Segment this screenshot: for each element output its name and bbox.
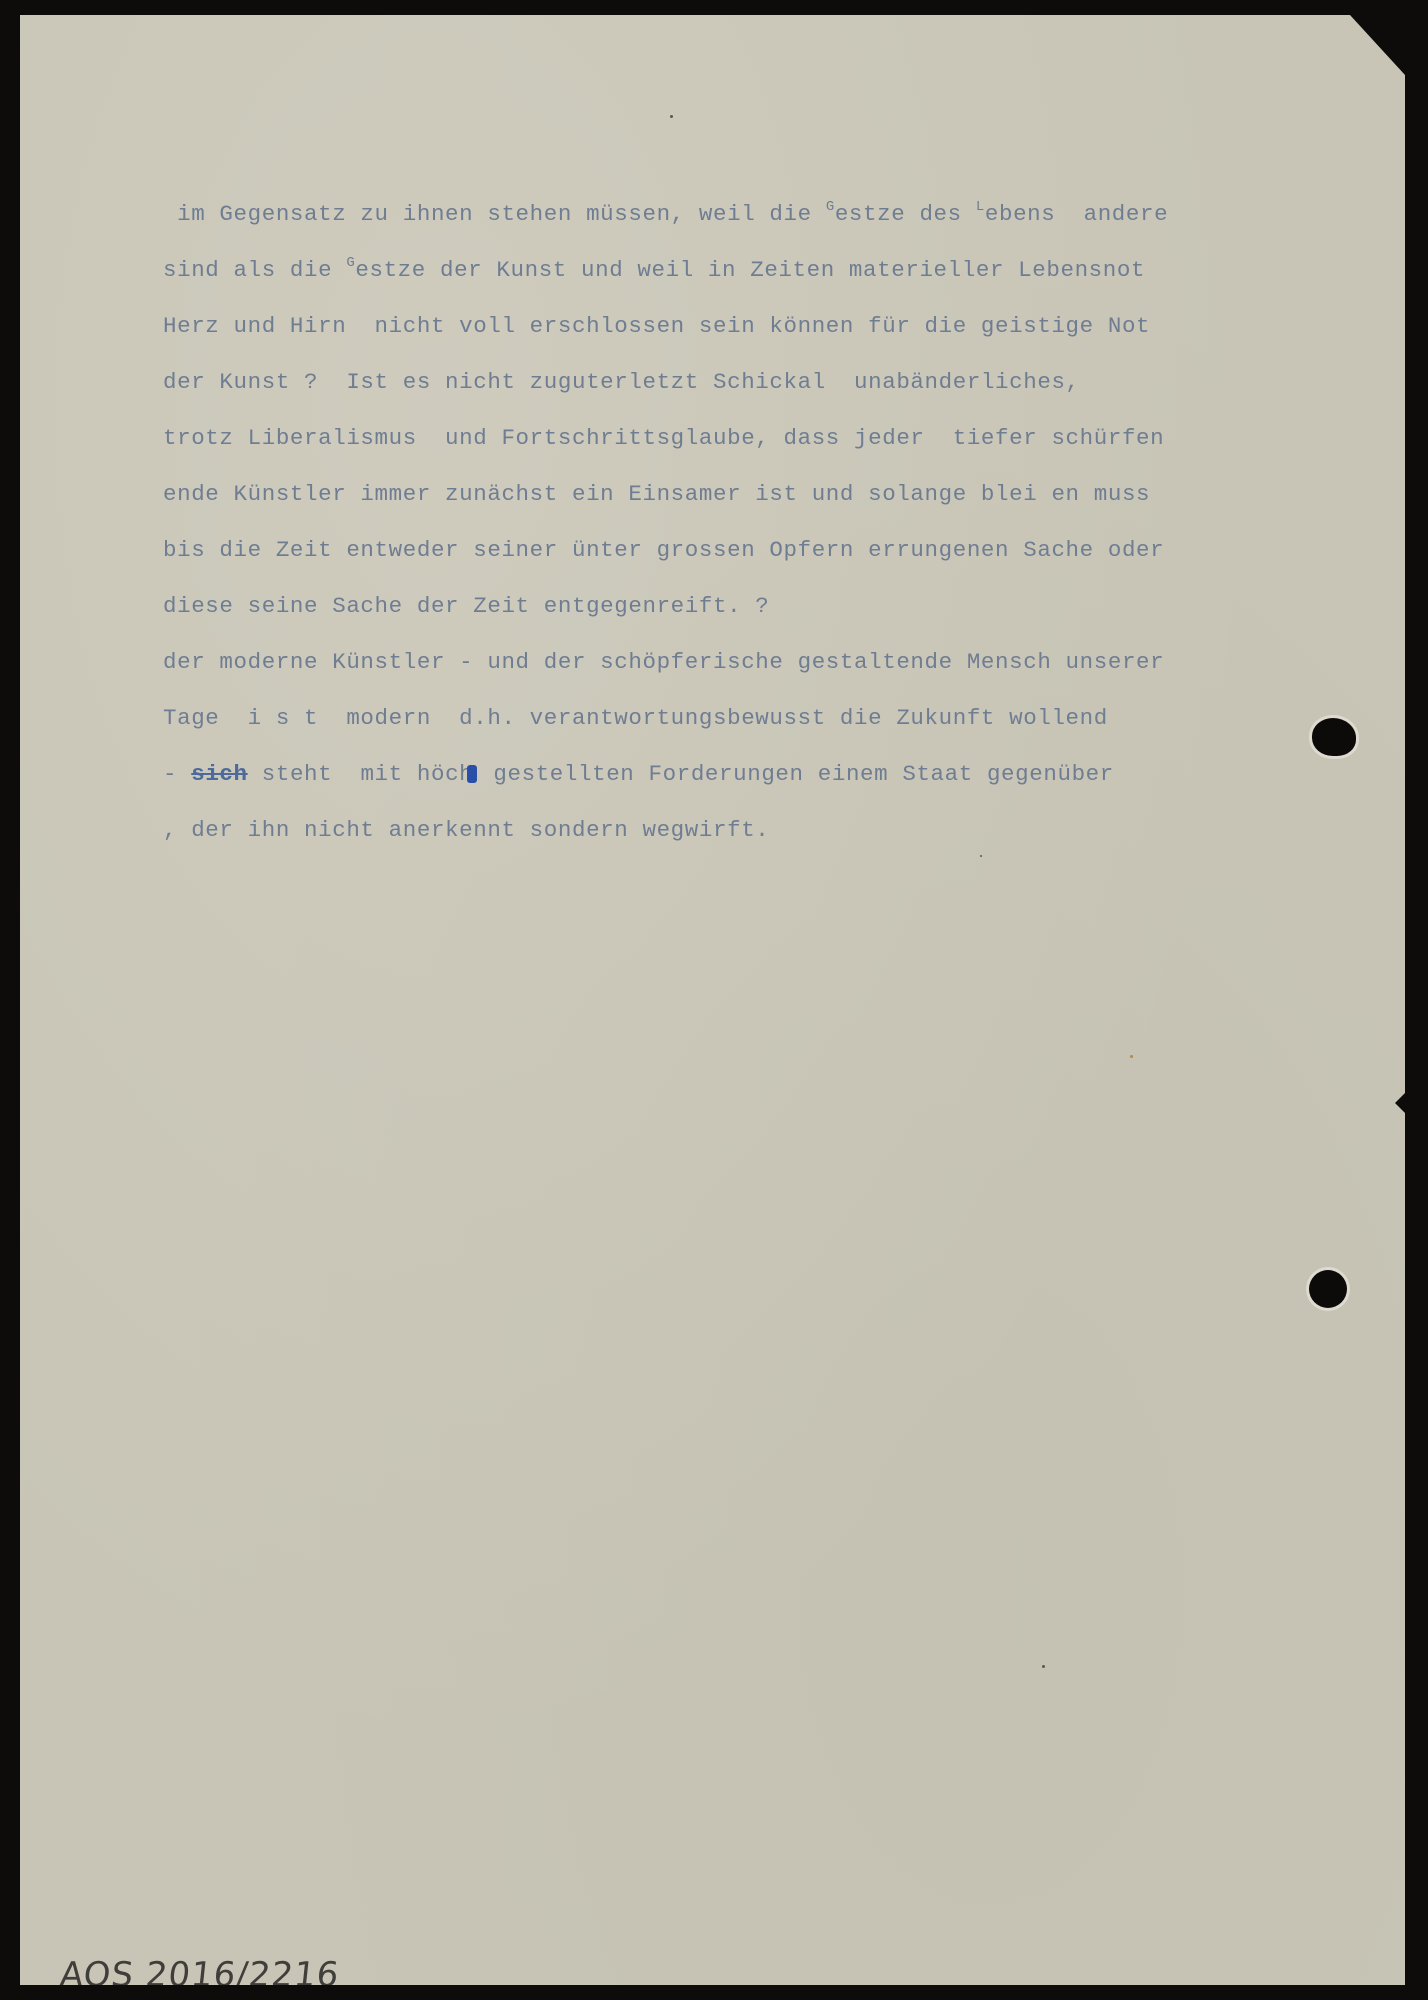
text-line-9: der moderne Künstler - und der schöpferi… — [163, 647, 1164, 677]
text-line-12: , der ihn nicht anerkennt sondern wegwir… — [163, 815, 769, 845]
archive-number: AOS 2016/2216 — [58, 1955, 342, 1995]
paper-speck — [670, 115, 673, 118]
text-line-7: bis die Zeit entweder seiner ünter gross… — [163, 535, 1164, 565]
paper-speck — [1130, 1055, 1133, 1058]
paper-speck — [1042, 1665, 1045, 1668]
text-line-6: ende Künstler immer zunächst ein Einsame… — [163, 479, 1150, 509]
paper-speck — [980, 855, 982, 857]
punch-hole-lower — [1309, 1270, 1347, 1308]
text-line-4: der Kunst ? Ist es nicht zuguterletzt Sc… — [163, 367, 1080, 397]
text-line-8: diese seine Sache der Zeit entgegenreift… — [163, 591, 769, 621]
text-line-5: trotz Liberalismus und Fortschrittsglaub… — [163, 423, 1164, 453]
text-line-1: im Gegensatz zu ihnen stehen müssen, wei… — [163, 199, 1168, 229]
punch-hole-upper — [1312, 718, 1356, 756]
text-line-2: sind als die Gestze der Kunst und weil i… — [163, 255, 1145, 285]
document-page: im Gegensatz zu ihnen stehen müssen, wei… — [20, 15, 1405, 1985]
ink-correction-mark — [467, 765, 477, 783]
text-line-10: Tage i s t modern d.h. verantwortungsbew… — [163, 703, 1108, 733]
text-line-3: Herz und Hirn nicht voll erschlossen sei… — [163, 311, 1150, 341]
struck-word: sich — [191, 761, 247, 787]
text-line-11: - sich steht mit höch gestellten Forderu… — [163, 759, 1114, 789]
